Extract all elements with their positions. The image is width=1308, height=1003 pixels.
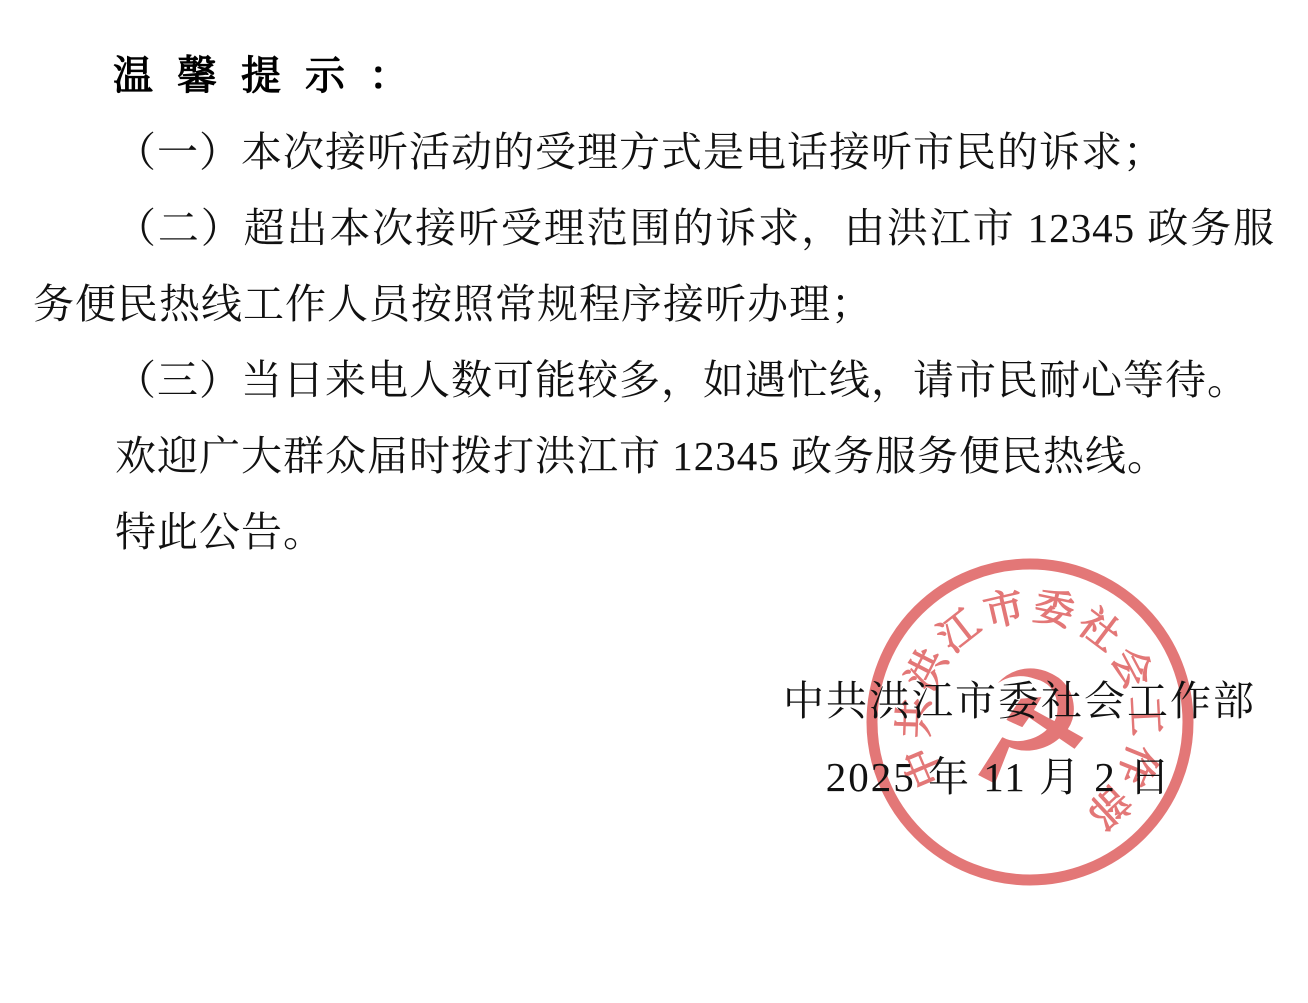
notice-welcome-line: 欢迎广大群众届时拨打洪江市 12345 政务服务便民热线。 [33, 418, 1275, 494]
notice-body: 温馨提示： （一）本次接听活动的受理方式是电话接听市民的诉求； （二）超出本次接… [33, 38, 1275, 570]
notice-item-1: （一）本次接听活动的受理方式是电话接听市民的诉求； [33, 114, 1275, 190]
notice-item-2: （二）超出本次接听受理范围的诉求，由洪江市 12345 政务服务便民热线工作人员… [33, 190, 1275, 342]
notice-heading: 温馨提示： [33, 38, 1275, 114]
notice-item-3: （三）当日来电人数可能较多，如遇忙线，请市民耐心等待。 [33, 342, 1275, 418]
signature-date: 2025 年 11 月 2 日 [826, 752, 1172, 802]
svg-text:市: 市 [979, 583, 1028, 636]
signature-org: 中共洪江市委社会工作部 [783, 676, 1256, 726]
svg-text:委: 委 [1030, 583, 1078, 635]
document-page: 温馨提示： （一）本次接听活动的受理方式是电话接听市民的诉求； （二）超出本次接… [0, 0, 1308, 1003]
